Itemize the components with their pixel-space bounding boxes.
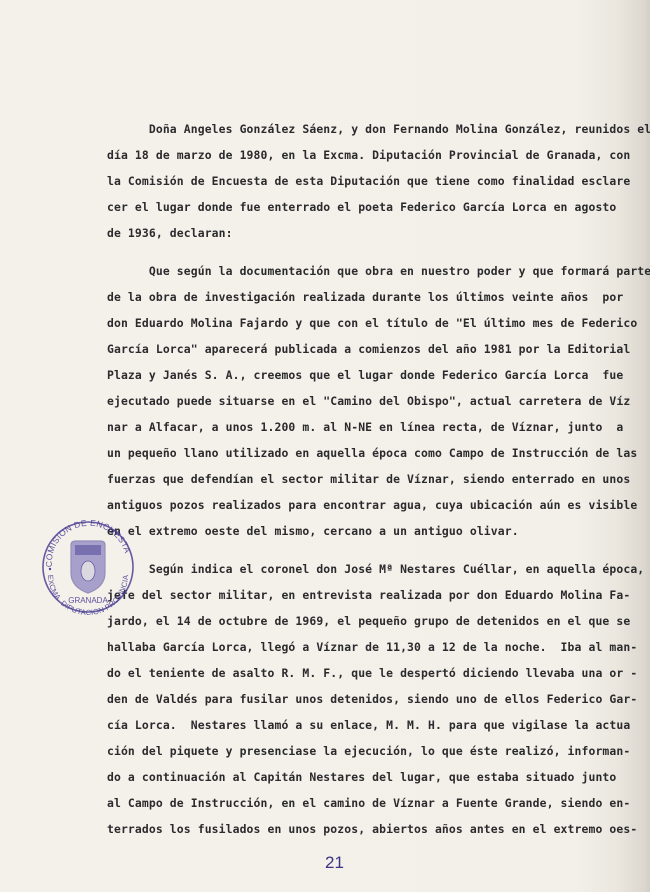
official-stamp: COMISION DE ENCUESTA EXCMA. DIPUTACION P… xyxy=(38,515,138,615)
text-line: fuerzas que defendían el sector militar … xyxy=(107,472,630,486)
text-line: día 18 de marzo de 1980, en la Excma. Di… xyxy=(107,148,630,162)
document-page: Doña Angeles González Sáenz, y don Ferna… xyxy=(0,0,650,892)
text-line: al Campo de Instrucción, en el camino de… xyxy=(107,796,630,810)
stamp-seal-icon: COMISION DE ENCUESTA EXCMA. DIPUTACION P… xyxy=(38,515,138,615)
text-line: Que según la documentación que obra en n… xyxy=(107,264,650,278)
text-line: hallaba García Lorca, llegó a Víznar de … xyxy=(107,640,637,654)
text-line: ción del piquete y presenciase la ejecuc… xyxy=(107,744,630,758)
text-line: den de Valdés para fusilar unos detenido… xyxy=(107,692,637,706)
text-line: do a continuación al Capitán Nestares de… xyxy=(107,770,616,784)
text-line: la Comisión de Encuesta de esta Diputaci… xyxy=(107,174,630,188)
text-line: Doña Angeles González Sáenz, y don Ferna… xyxy=(107,122,650,136)
text-line: cía Lorca. Nestares llamó a su enlace, M… xyxy=(107,718,630,732)
text-line: ejecutado puede situarse en el "Camino d… xyxy=(107,394,630,408)
text-line: antiguos pozos realizados para encontrar… xyxy=(107,498,637,512)
text-line: en el extremo oeste del mismo, cercano a… xyxy=(107,524,519,538)
text-line: do el teniente de asalto R. M. F., que l… xyxy=(107,666,637,680)
text-line: jefe del sector militar, en entrevista r… xyxy=(107,588,630,602)
text-line: cer el lugar donde fue enterrado el poet… xyxy=(107,200,616,214)
text-line: jardo, el 14 de octubre de 1969, el pequ… xyxy=(107,614,630,628)
text-line: de la obra de investigación realizada du… xyxy=(107,290,623,304)
text-line: de 1936, declaran: xyxy=(107,226,233,240)
text-line: terrados los fusilados en unos pozos, ab… xyxy=(107,822,637,836)
text-line: don Eduardo Molina Fajardo y que con el … xyxy=(107,316,637,330)
text-line: García Lorca" aparecerá publicada a comi… xyxy=(107,342,630,356)
page-number: 21 xyxy=(325,853,344,873)
text-line: un pequeño llano utilizado en aquella ép… xyxy=(107,446,637,460)
text-line: nar a Alfacar, a unos 1.200 m. al N-NE e… xyxy=(107,420,623,434)
text-line: Plaza y Janés S. A., creemos que el luga… xyxy=(107,368,623,382)
text-line: Según indica el coronel don José Mª Nest… xyxy=(107,562,644,576)
stamp-center-text: GRANADA xyxy=(68,596,108,605)
